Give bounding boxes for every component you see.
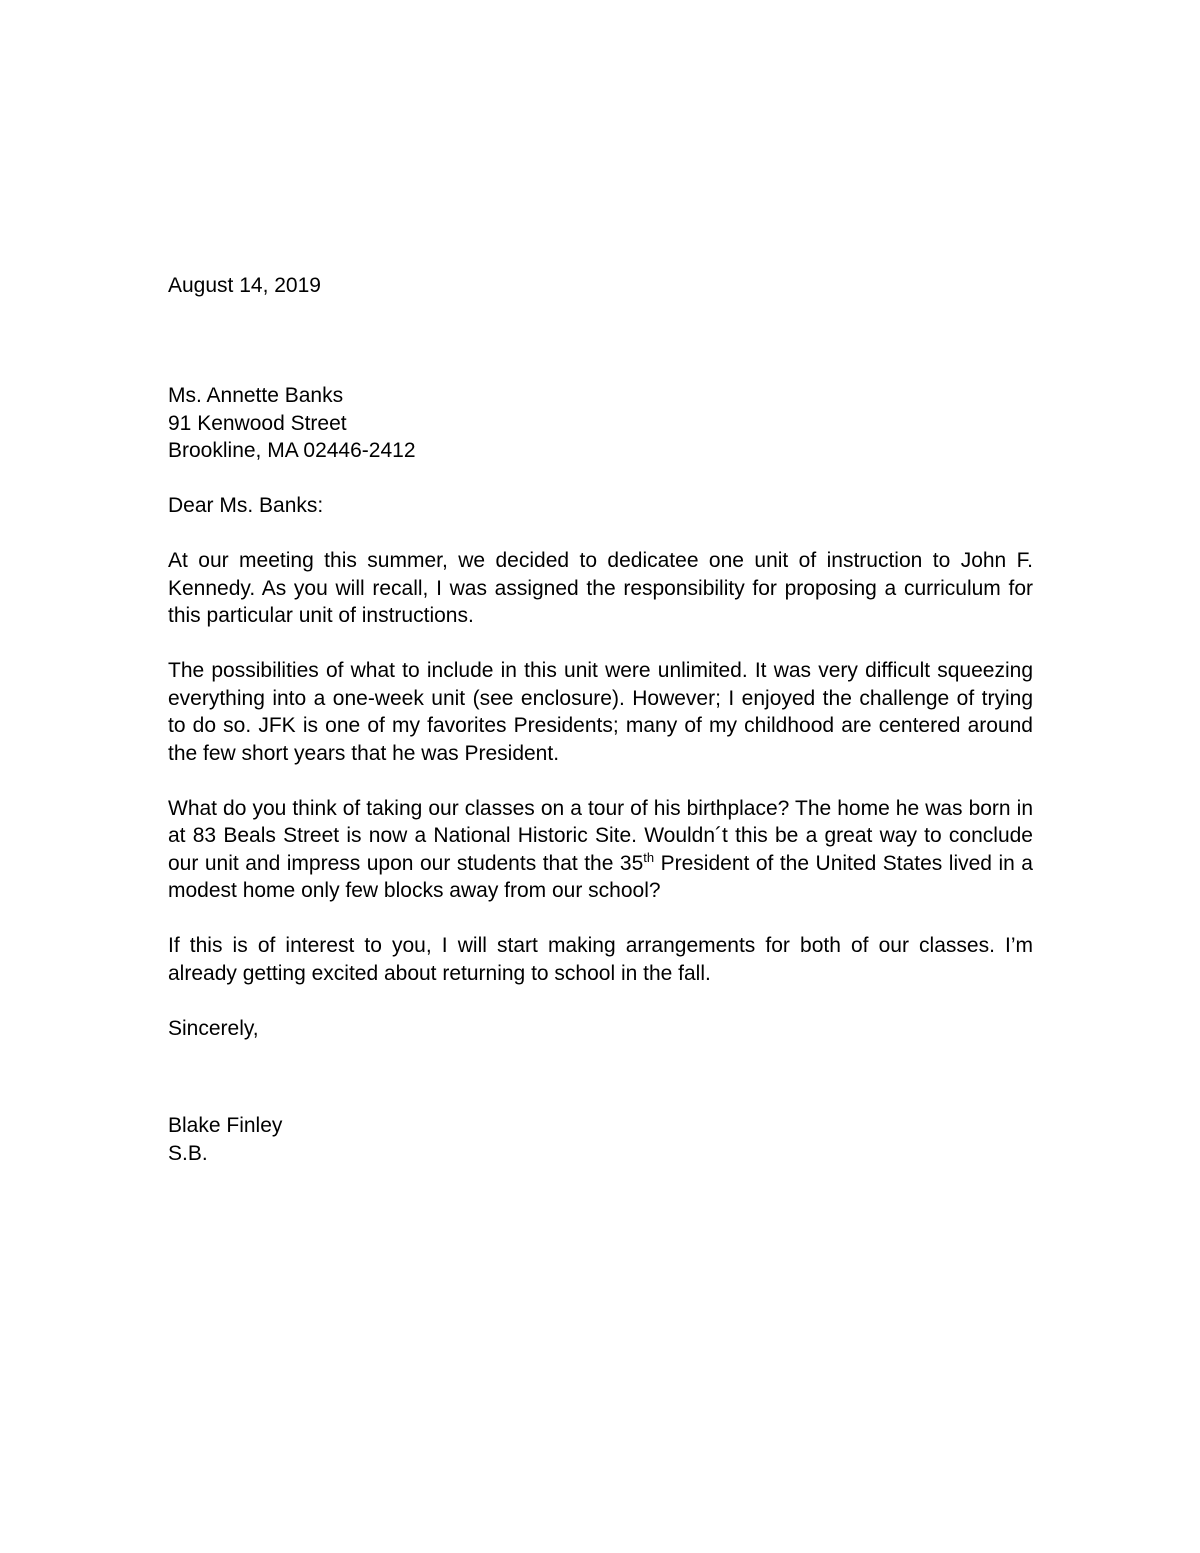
salutation: Dear Ms. Banks: [168,492,1033,520]
recipient-address: Ms. Annette Banks 91 Kenwood Street Broo… [168,382,1033,465]
body-paragraph-4: If this is of interest to you, I will st… [168,932,1033,987]
letter-page: August 14, 2019 Ms. Annette Banks 91 Ken… [0,0,1200,1553]
closing: Sincerely, [168,1015,1033,1043]
signature-name: Blake Finley [168,1112,1033,1140]
body-paragraph-3: What do you think of taking our classes … [168,795,1033,905]
signature-initials: S.B. [168,1140,1033,1168]
body-paragraph-1: At our meeting this summer, we decided t… [168,547,1033,630]
body-paragraph-2: The possibilities of what to include in … [168,657,1033,767]
recipient-city-state-zip: Brookline, MA 02446-2412 [168,437,1033,465]
letter-date: August 14, 2019 [168,272,1033,300]
ordinal-superscript: th [643,850,654,865]
recipient-name: Ms. Annette Banks [168,382,1033,410]
recipient-street: 91 Kenwood Street [168,410,1033,438]
signature-block: Blake Finley S.B. [168,1112,1033,1167]
